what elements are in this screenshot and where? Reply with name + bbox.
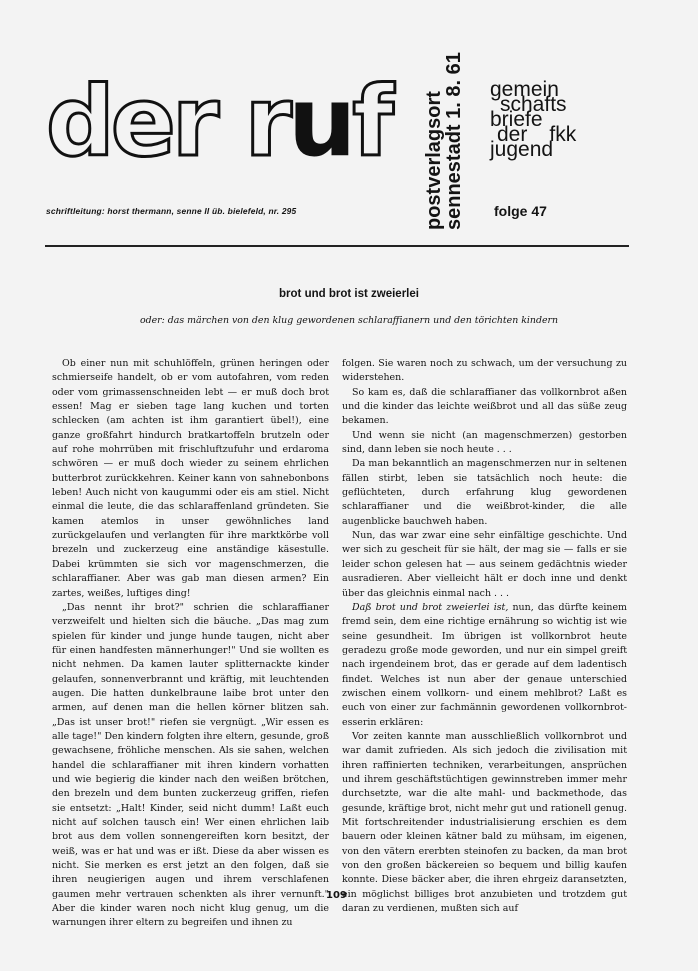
- masthead-logo: der ruf: [46, 74, 390, 170]
- paragraph: Ob einer nun mit schuhlöffeln, grünen he…: [52, 357, 329, 601]
- issue-number: folge 47: [494, 203, 547, 219]
- masthead-divider: [45, 245, 629, 247]
- postal-location: postverlagsort: [424, 91, 444, 230]
- paragraph: So kam es, daß die schlaraffianer das vo…: [342, 386, 627, 429]
- paragraph: Daß brot und brot zweierlei ist, nun, da…: [342, 601, 627, 730]
- paragraph: Und wenn sie nicht (an magenschmerzen) g…: [342, 429, 627, 458]
- editor-credit: schriftleitung: horst thermann, senne II…: [46, 206, 296, 216]
- paragraph-text: nun, das dürfte keinem fremd sein, dem e…: [342, 602, 627, 728]
- paragraph: Nun, das war zwar eine sehr einfältige g…: [342, 529, 627, 601]
- paragraph: Da man bekanntlich an magenschmerzen nur…: [342, 457, 627, 529]
- community-letters-block: gemein schafts briefe derfkk jugend: [490, 82, 576, 157]
- paragraph-continuation: folgen. Sie waren noch zu schwach, um de…: [342, 357, 627, 386]
- community-word-fkk: fkk: [549, 123, 576, 146]
- article-title: brot und brot ist zweierlei: [0, 288, 698, 300]
- paragraph: Vor zeiten kannte man ausschließlich vol…: [342, 730, 627, 916]
- logo-text-f: f: [352, 66, 390, 178]
- postal-date: sennestadt 1. 8. 61: [444, 52, 464, 230]
- article-subtitle: oder: das märchen von den klug gewordene…: [0, 315, 698, 326]
- logo-solid-u: u: [288, 66, 352, 178]
- page-number: 109: [326, 890, 347, 901]
- right-column: folgen. Sie waren noch zu schwach, um de…: [342, 357, 627, 916]
- logo-text-der-r: der r: [46, 66, 288, 178]
- paragraph: „Das nennt ihr brot?" schrien die schlar…: [52, 601, 329, 931]
- left-column: Ob einer nun mit schuhlöffeln, grünen he…: [52, 357, 329, 931]
- italic-lead: Daß brot und brot zweierlei ist,: [352, 602, 508, 613]
